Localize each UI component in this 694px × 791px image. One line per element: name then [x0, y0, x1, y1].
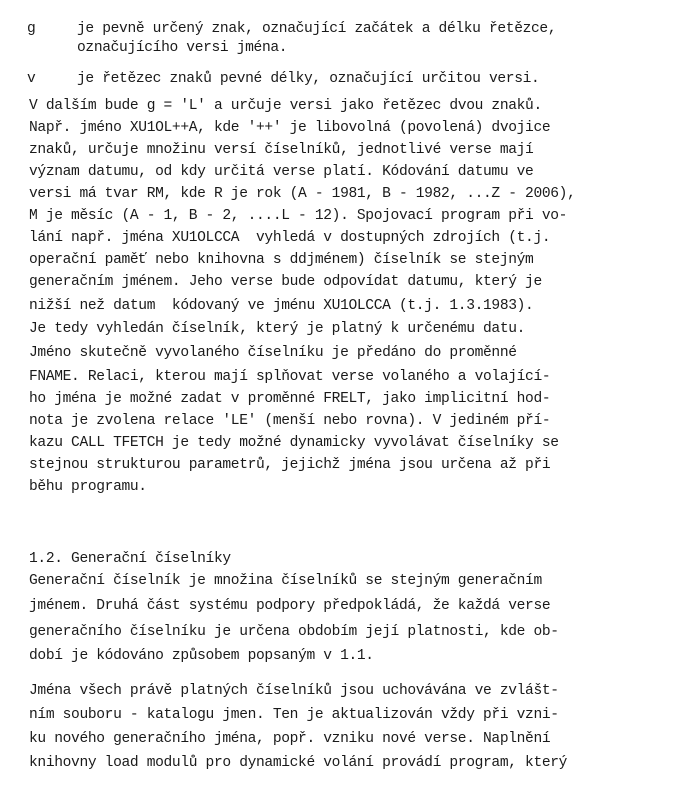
- paragraph1-line-13: FNAME. Relaci, kterou mají splňovat vers…: [29, 368, 550, 386]
- paragraph1-line-1: V dalším bude g = 'L' a určuje versi jak…: [29, 97, 542, 115]
- paragraph1-line-7: lání např. jména XU1OLCCA vyhledá v dost…: [29, 229, 550, 247]
- paragraph3-line-3: ku nového generačního jména, popř. vznik…: [29, 730, 550, 748]
- paragraph2-line-3: generačního číselníku je určena obdobím …: [29, 623, 559, 641]
- scanned-document-page: g je pevně určený znak, označující začát…: [0, 0, 694, 791]
- definition-v-line-1: je řetězec znaků pevné délky, označující…: [77, 70, 539, 88]
- definition-g-line-2: označujícího versi jména.: [77, 39, 287, 57]
- definition-g-line-1: je pevně určený znak, označující začátek…: [77, 20, 556, 38]
- paragraph1-line-12: Jméno skutečně vyvolaného číselníku je p…: [29, 344, 517, 362]
- paragraph1-line-11: Je tedy vyhledán číselník, který je plat…: [29, 320, 525, 338]
- paragraph1-line-17: stejnou strukturou parametrů, jejichž jm…: [29, 456, 550, 474]
- paragraph3-line-4: knihovny load modulů pro dynamické volán…: [29, 754, 567, 772]
- paragraph1-line-4: význam datumu, od kdy určitá verse platí…: [29, 163, 533, 181]
- paragraph1-line-3: znaků, určuje množinu versí číselníků, j…: [29, 141, 533, 159]
- paragraph1-line-15: nota je zvolena relace 'LE' (menší nebo …: [29, 412, 550, 430]
- paragraph1-line-16: kazu CALL TFETCH je tedy možné dynamicky…: [29, 434, 559, 452]
- paragraph1-line-18: běhu programu.: [29, 478, 147, 496]
- paragraph1-line-2: Např. jméno XU1OL++A, kde '++' je libovo…: [29, 119, 550, 137]
- paragraph2-line-2: jménem. Druhá část systému podpory předp…: [29, 597, 550, 615]
- paragraph1-line-5: versi má tvar RM, kde R je rok (A - 1981…: [29, 185, 576, 203]
- section-heading: 1.2. Generační číselníky: [29, 550, 231, 568]
- paragraph1-line-14: ho jména je možné zadat v proměnné FRELT…: [29, 390, 550, 408]
- paragraph1-line-8: operační paměť nebo knihovna s ddjménem)…: [29, 251, 533, 269]
- definition-term-v: v: [27, 70, 35, 88]
- paragraph2-line-1: Generační číselník je množina číselníků …: [29, 572, 542, 590]
- paragraph1-line-9: generačním jménem. Jeho verse bude odpov…: [29, 273, 542, 291]
- paragraph3-line-1: Jména všech právě platných číselníků jso…: [29, 682, 559, 700]
- paragraph1-line-10: nižší než datum kódovaný ve jménu XU1OLC…: [29, 297, 533, 315]
- definition-term-g: g: [27, 20, 35, 38]
- paragraph3-line-2: ním souboru - katalogu jmen. Ten je aktu…: [29, 706, 559, 724]
- paragraph2-line-4: dobí je kódováno způsobem popsaným v 1.1…: [29, 647, 374, 665]
- paragraph1-line-6: M je měsíc (A - 1, B - 2, ....L - 12). S…: [29, 207, 567, 225]
